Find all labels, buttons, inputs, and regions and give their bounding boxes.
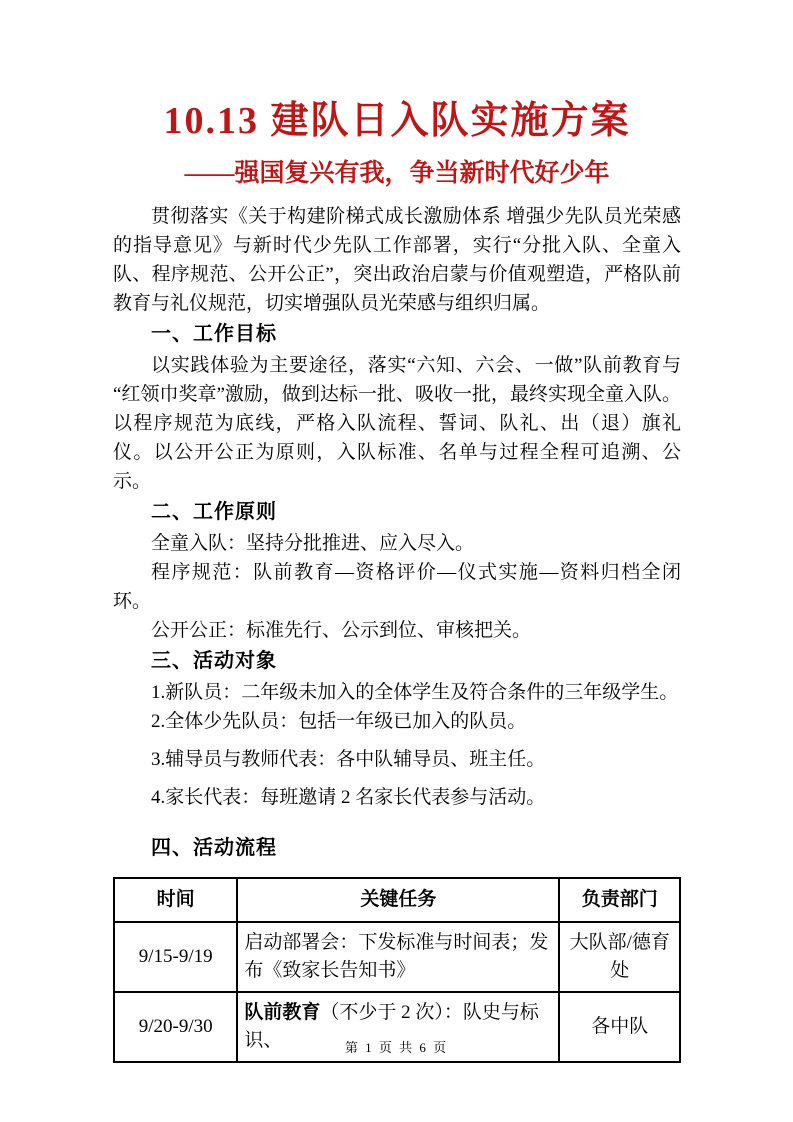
principle-item-fairness: 公开公正：标准先行、公示到位、审核把关。 bbox=[113, 616, 681, 645]
task-cell: 启动部署会：下发标准与时间表；发布《致家长告知书》 bbox=[237, 922, 559, 992]
table-header-dept: 负责部门 bbox=[559, 878, 680, 922]
time-cell: 9/15-9/19 bbox=[114, 922, 237, 992]
document-page: 10.13 建队日入队实施方案 ——强国复兴有我，争当新时代好少年 贯彻落实《关… bbox=[0, 0, 793, 1122]
section-heading-work-principles: 二、工作原则 bbox=[113, 498, 681, 527]
participant-item-all-members: 2.全体少先队员：包括一年级已加入的队员。 bbox=[113, 707, 681, 736]
task-text: 启动部署会：下发标准与时间表；发布《致家长告知书》 bbox=[244, 932, 548, 981]
section-heading-work-goals: 一、工作目标 bbox=[113, 320, 681, 349]
document-title: 10.13 建队日入队实施方案 bbox=[113, 96, 681, 146]
page-footer: 第 1 页 共 6 页 bbox=[0, 1037, 793, 1056]
document-subtitle: ——强国复兴有我，争当新时代好少年 bbox=[113, 156, 681, 192]
participant-item-new-members: 1.新队员：二年级未加入的全体学生及符合条件的三年级学生。 bbox=[113, 678, 681, 707]
intro-paragraph: 贯彻落实《关于构建阶梯式成长激励体系 增强少先队员光荣感的指导意见》与新时代少先… bbox=[113, 202, 681, 318]
table-header-time: 时间 bbox=[114, 878, 237, 922]
table-header-task: 关键任务 bbox=[237, 878, 559, 922]
principle-item-procedure: 程序规范：队前教育—资格评价—仪式实施—资料归档全闭环。 bbox=[113, 558, 681, 616]
schedule-table: 时间 关键任务 负责部门 9/15-9/19 启动部署会：下发标准与时间表；发布… bbox=[113, 877, 681, 1063]
table-row: 9/15-9/19 启动部署会：下发标准与时间表；发布《致家长告知书》 大队部/… bbox=[114, 922, 680, 992]
task-bold-text: 队前教育 bbox=[244, 1002, 320, 1023]
participant-item-parents: 4.家长代表：每班邀请 2 名家长代表参与活动。 bbox=[113, 783, 681, 812]
table-header-row: 时间 关键任务 负责部门 bbox=[114, 878, 680, 922]
work-goals-paragraph: 以实践体验为主要途径，落实“六知、六会、一做”队前教育与“红领巾奖章”激励，做到… bbox=[113, 351, 681, 496]
dept-cell: 大队部/德育处 bbox=[559, 922, 680, 992]
principle-item-all-join: 全童入队：坚持分批推进、应入尽入。 bbox=[113, 529, 681, 558]
section-heading-activity-flow: 四、活动流程 bbox=[113, 834, 681, 863]
participant-item-counselors: 3.辅导员与教师代表：各中队辅导员、班主任。 bbox=[113, 745, 681, 774]
section-heading-participants: 三、活动对象 bbox=[113, 647, 681, 676]
